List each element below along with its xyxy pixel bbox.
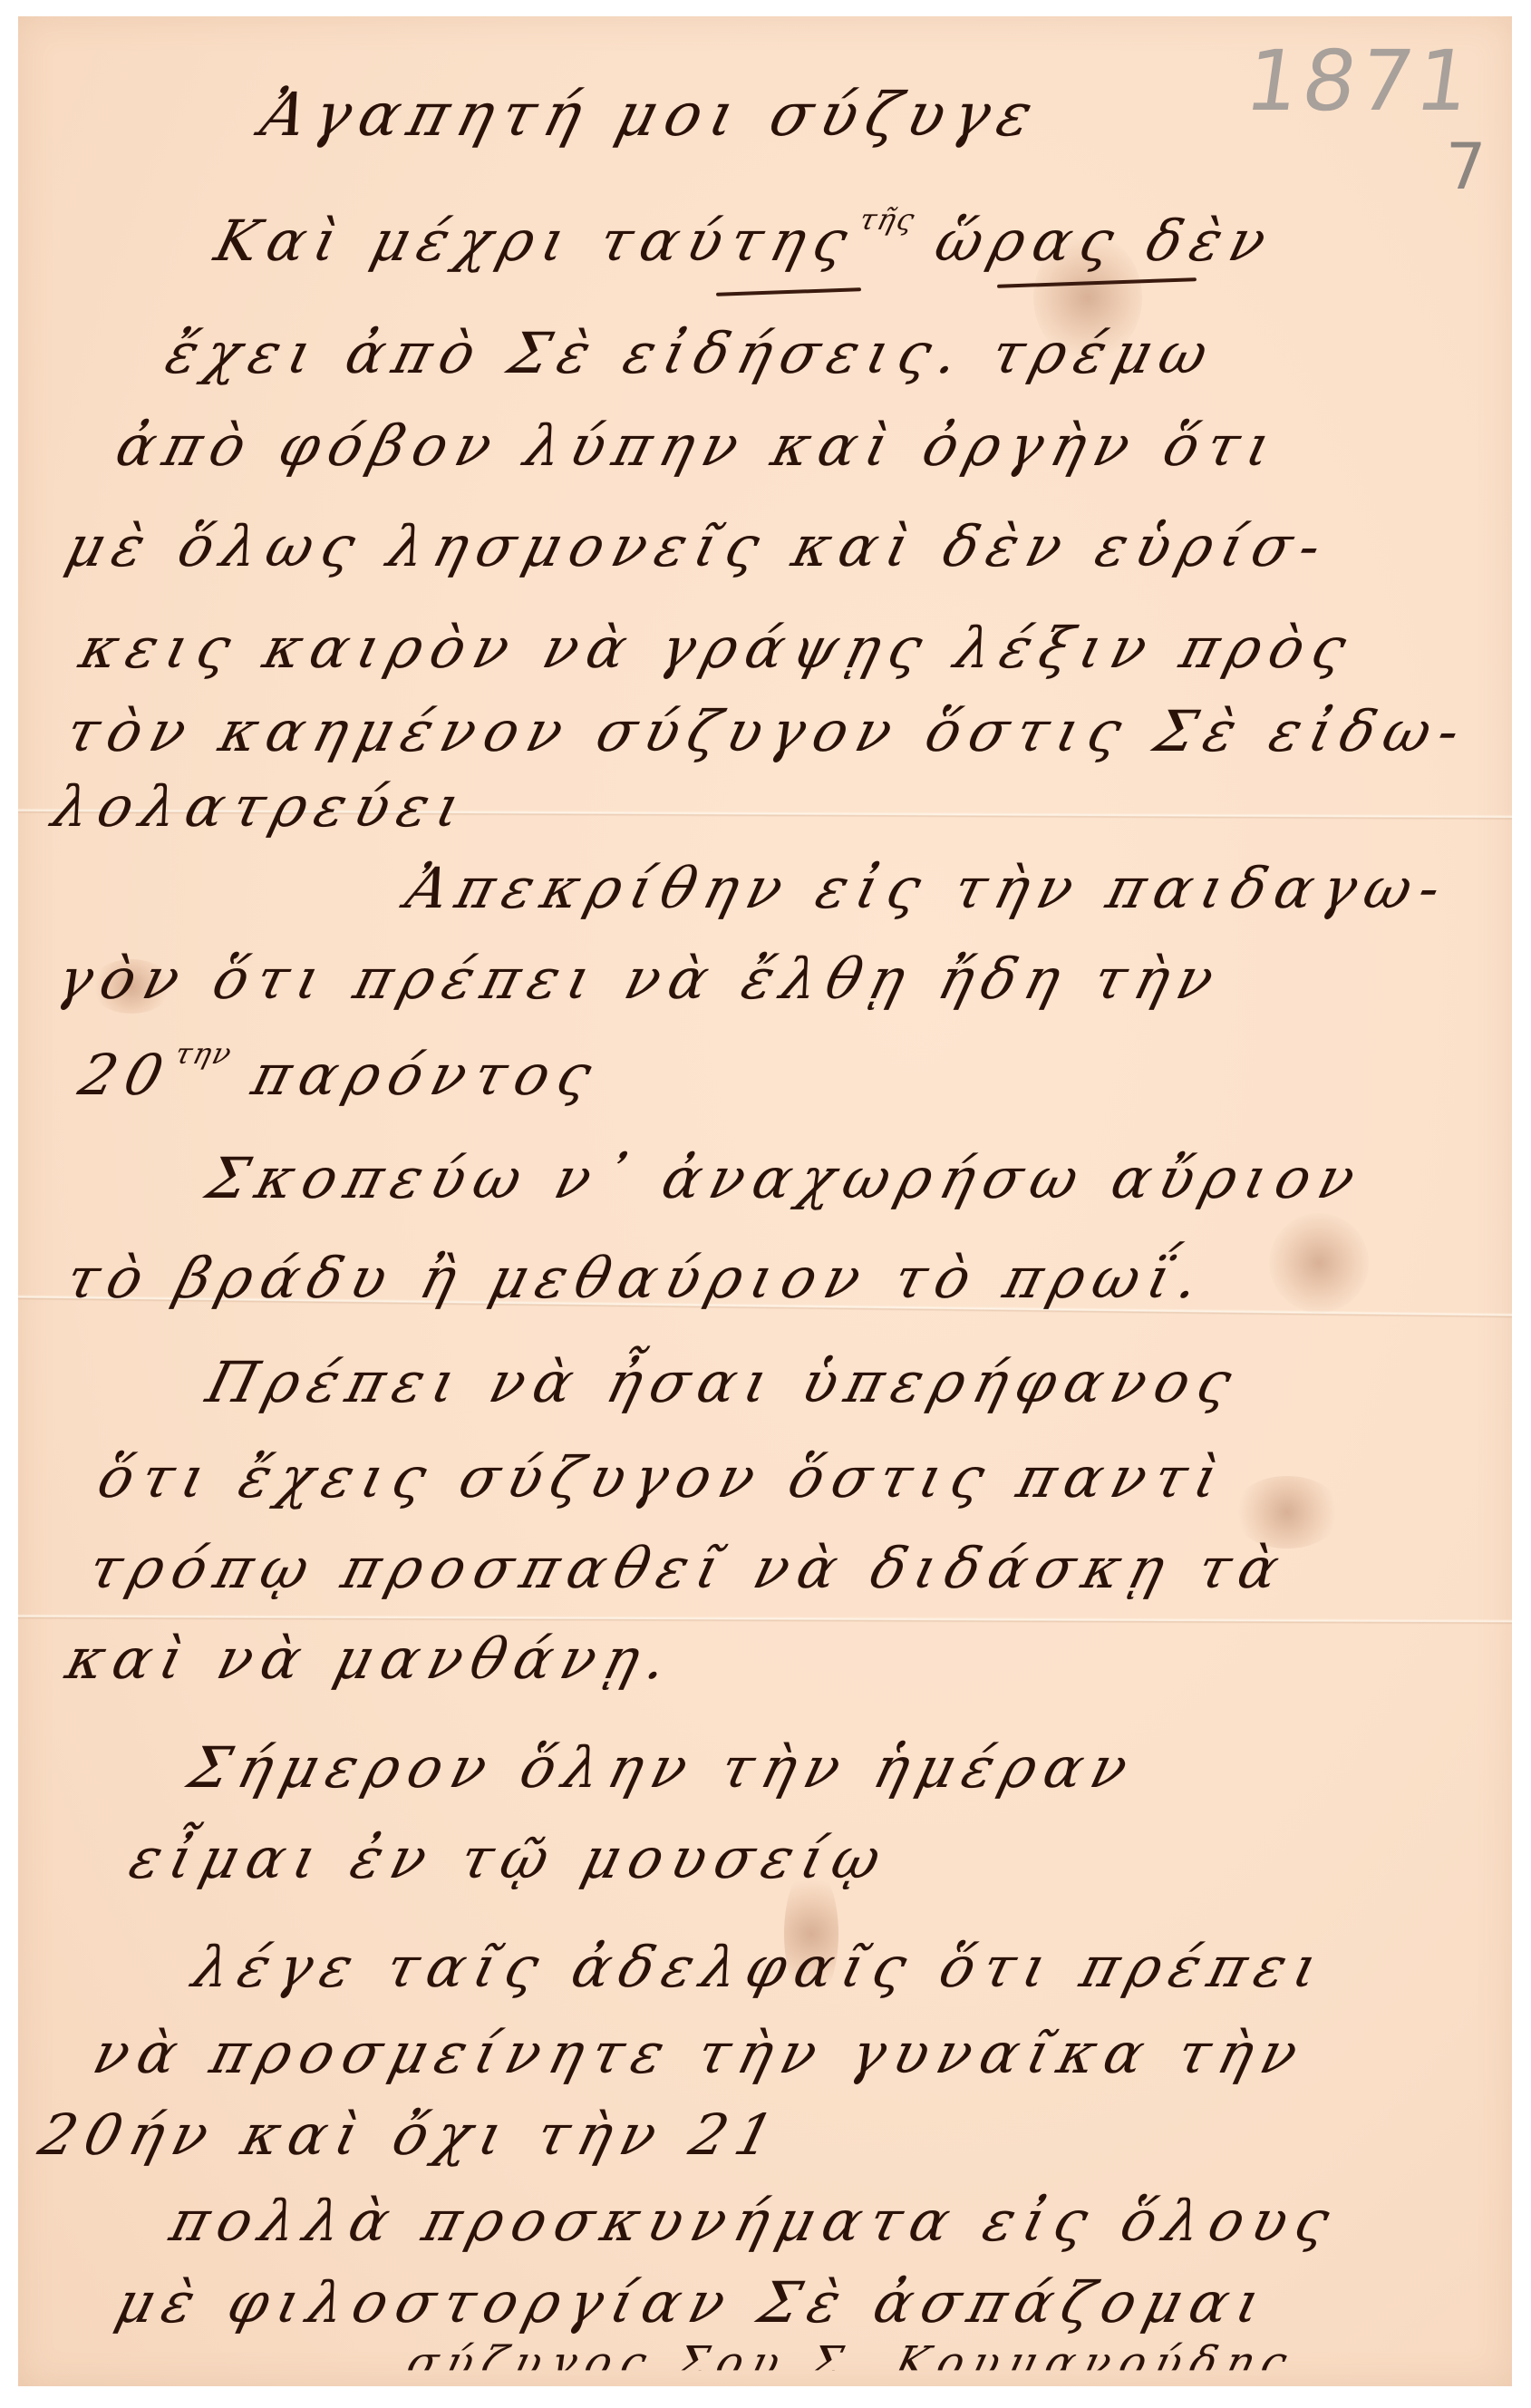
- line-text: Καὶ μέχρι ταύτης: [208, 208, 863, 274]
- letter-line: ἀπὸ φόβον λύπην καὶ ὀργὴν ὅτι: [110, 413, 1287, 479]
- letter-line: καὶ νὰ μανθάνῃ.: [60, 1626, 683, 1692]
- letter-line: τρόπῳ προσπαθεῖ νὰ διδάσκῃ τὰ: [82, 1535, 1294, 1601]
- line-text: ὥρας δὲν: [902, 208, 1283, 274]
- letter-line: κεις καιρὸν νὰ γράψῃς λέξιν πρὸς: [73, 615, 1361, 681]
- closing-line: μὲ φιλοστοργίαν Σὲ ἀσπάζομαι: [110, 2269, 1277, 2335]
- letter-line: 20ήν καὶ ὄχι τὴν 21: [33, 2102, 790, 2168]
- page-number-annotation: 7: [1446, 130, 1487, 204]
- signature-line: σύζυγος Σου Σ. Κουμανούδης: [402, 2337, 1301, 2388]
- superscript-text: την: [171, 1036, 237, 1071]
- letter-line: τὸν καημένον σύζυγον ὅστις Σὲ εἰδω-: [60, 698, 1476, 764]
- letter-line: Σκοπεύω ν᾽ ἀναχωρήσω αὔριον: [200, 1145, 1371, 1211]
- letter-line: γὸν ὅτι πρέπει νὰ ἔλθῃ ἤδη τὴν: [51, 946, 1230, 1012]
- letter-line: λολατρεύει: [46, 773, 477, 840]
- letter-line: μὲ ὅλως λησμονεῖς καὶ δὲν εὑρίσ-: [60, 513, 1337, 579]
- letter-sheet: 1871 7 Ἀγαπητή μοι σύζυγε Καὶ μέχρι ταύτ…: [18, 16, 1512, 2386]
- underline-stroke: [716, 287, 861, 296]
- date-number: 20: [73, 1042, 179, 1108]
- letter-line: νὰ προσμείνητε τὴν γυναῖκα τὴν: [87, 2020, 1313, 2086]
- letter-line: τὸ βράδυ ἢ μεθαύριον τὸ πρωΐ.: [60, 1245, 1215, 1311]
- superscript-text: τῆς: [856, 202, 919, 237]
- letter-line: πολλὰ προσκυνήματα εἰς ὅλους: [164, 2188, 1345, 2254]
- salutation: Ἀγαπητή μοι σύζυγε: [254, 80, 1048, 150]
- fold-crease: [18, 1614, 1512, 1625]
- letter-line: Σήμερον ὅλην τὴν ἡμέραν: [182, 1734, 1144, 1801]
- letter-line: Καὶ μέχρι ταύτηςτῆς ὥρας δὲν: [208, 202, 1284, 274]
- line-text: παρόντος: [218, 1042, 606, 1108]
- ink-stain: [1269, 1213, 1369, 1313]
- letter-line: λέγε ταῖς ἀδελφαῖς ὅτι πρέπει: [187, 1934, 1334, 2000]
- letter-line: ὅτι ἔχεις σύζυγον ὅστις παντὶ: [92, 1444, 1235, 1510]
- letter-line: 20την παρόντος: [73, 1036, 608, 1108]
- letter-line: Ἀπεκρίθην εἰς τὴν παιδαγω-: [400, 855, 1457, 921]
- archive-year-annotation: 1871: [1239, 33, 1479, 130]
- letter-line: Πρέπει νὰ ἦσαι ὑπερήφανος: [200, 1349, 1247, 1415]
- letter-line: εἶμαι ἐν τῷ μουσείῳ: [123, 1825, 896, 1891]
- letter-line: ἔχει ἀπὸ Σὲ εἰδήσεις. τρέμω: [160, 320, 1224, 386]
